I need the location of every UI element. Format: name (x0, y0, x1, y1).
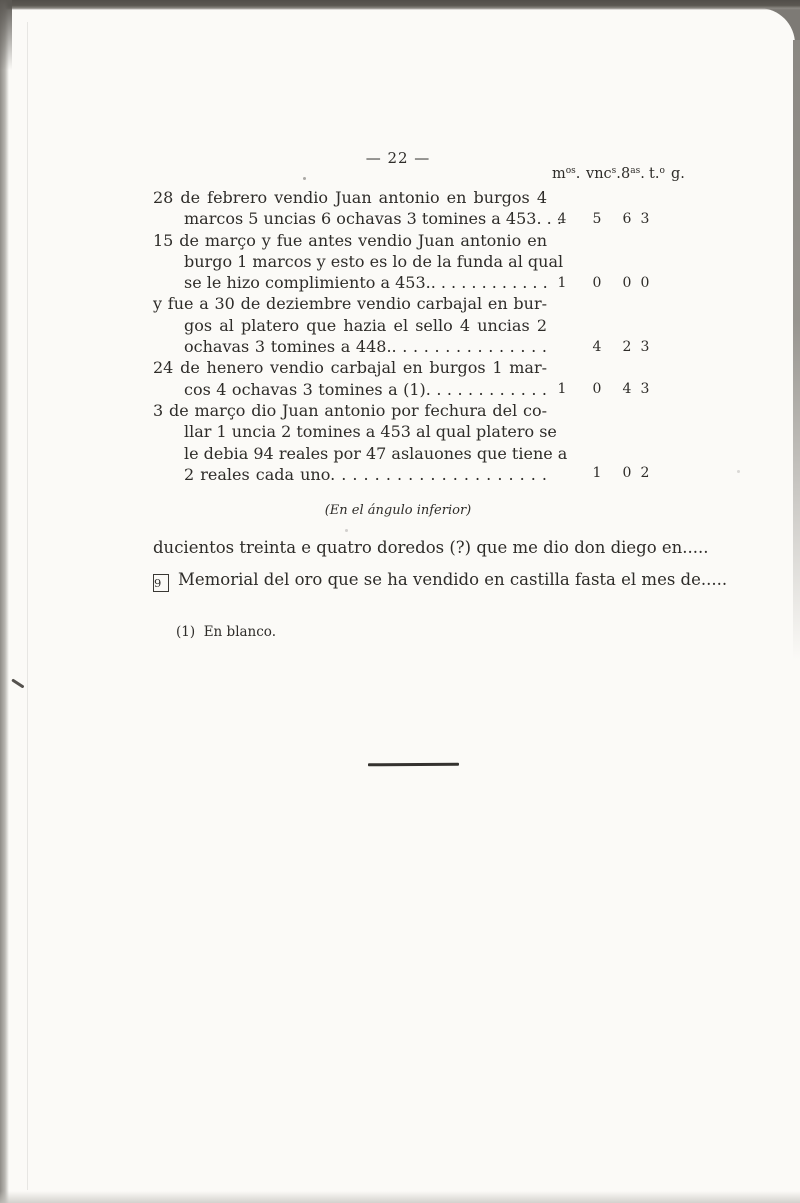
table-row: 4 5 6 3 (0, 209, 800, 229)
header-sup: os (566, 166, 576, 176)
value-uncias: 1 (586, 463, 608, 483)
header-suffix: . (640, 166, 645, 182)
value-uncias: 5 (586, 209, 608, 229)
column-header-granos: g. (671, 166, 685, 182)
header-base: m (552, 166, 566, 182)
value-marcos: 1 (551, 379, 573, 399)
pen-mark (11, 678, 24, 688)
ledger-line: y fue a 30 de deziembre vendio carbajal … (153, 293, 547, 314)
footnote: (1) En blanco. (176, 624, 276, 640)
ledger-line: 3 de março dio Juan antonio por fechura … (153, 400, 547, 421)
memorial-text: Memorial del oro que se ha vendido en ca… (178, 570, 727, 589)
value-marcos: 1 (551, 273, 573, 293)
ledger-line: 15 de março y fue antes vendio Juan anto… (153, 230, 547, 251)
page-number: — 22 — (153, 149, 643, 167)
header-base: t. (649, 166, 659, 182)
paragraph-ducientos: ducientos treinta e quatro doredos (?) q… (153, 538, 667, 557)
value-tomines: 3 (634, 209, 656, 229)
ledger-line: le debia 94 reales por 47 aslauones que … (153, 443, 547, 464)
paragraph-memorial: 9Memorial del oro que se ha vendido en c… (153, 570, 662, 592)
value-tomines: 3 (634, 379, 656, 399)
column-header-marcos: mos. (552, 166, 580, 182)
value-tomines: 3 (634, 337, 656, 357)
column-header-ochavas: 8as. (621, 166, 645, 182)
scan-edge-bottom (0, 1191, 800, 1203)
column-header-tomines: t.o (649, 166, 665, 182)
header-sup: o (659, 166, 664, 176)
value-uncias: 0 (586, 379, 608, 399)
table-row: 1 0 2 (0, 463, 800, 483)
scan-speck (303, 177, 306, 180)
scan-edge-left-top (0, 0, 12, 70)
annotation-caption: (En el ángulo inferior) (153, 503, 643, 518)
table-row: 1 0 4 3 (0, 379, 800, 399)
header-suffix: . (680, 166, 685, 182)
scan-edge-left (0, 0, 9, 1203)
header-base: vnc (586, 166, 612, 182)
scanned-book-page: — 22 — mos. vncs. 8as. t.o g. 28 de febr… (0, 0, 800, 1203)
page-rounded-corner (721, 8, 795, 92)
value-uncias: 4 (586, 337, 608, 357)
ledger-line: 28 de febrero vendio Juan antonio en bur… (153, 187, 547, 208)
table-row: 1 0 0 0 (0, 273, 800, 293)
value-tomines: 0 (634, 273, 656, 293)
memorial-index-box: 9 (153, 574, 169, 592)
ledger-line: gos al platero que hazia el sello 4 unci… (153, 315, 547, 336)
scan-edge-top (0, 0, 800, 10)
table-row: 4 2 3 (0, 337, 800, 357)
value-tomines: 2 (634, 463, 656, 483)
scan-speck (345, 529, 348, 532)
ledger-line: 24 de henero vendio carbajal en burgos 1… (153, 357, 547, 378)
ledger-line: llar 1 uncia 2 tomines a 453 al qual pla… (153, 421, 547, 442)
column-header-uncias: vncs. (586, 166, 621, 182)
header-sup: as (630, 166, 640, 176)
header-base: g (671, 166, 680, 182)
value-marcos: 4 (551, 209, 573, 229)
header-suffix: . (576, 166, 581, 182)
value-uncias: 0 (586, 273, 608, 293)
page-fold-line (27, 22, 28, 1190)
section-divider-rule (368, 763, 459, 766)
header-base: 8 (621, 166, 630, 182)
ledger-line: burgo 1 marcos y esto es lo de la funda … (153, 251, 547, 272)
